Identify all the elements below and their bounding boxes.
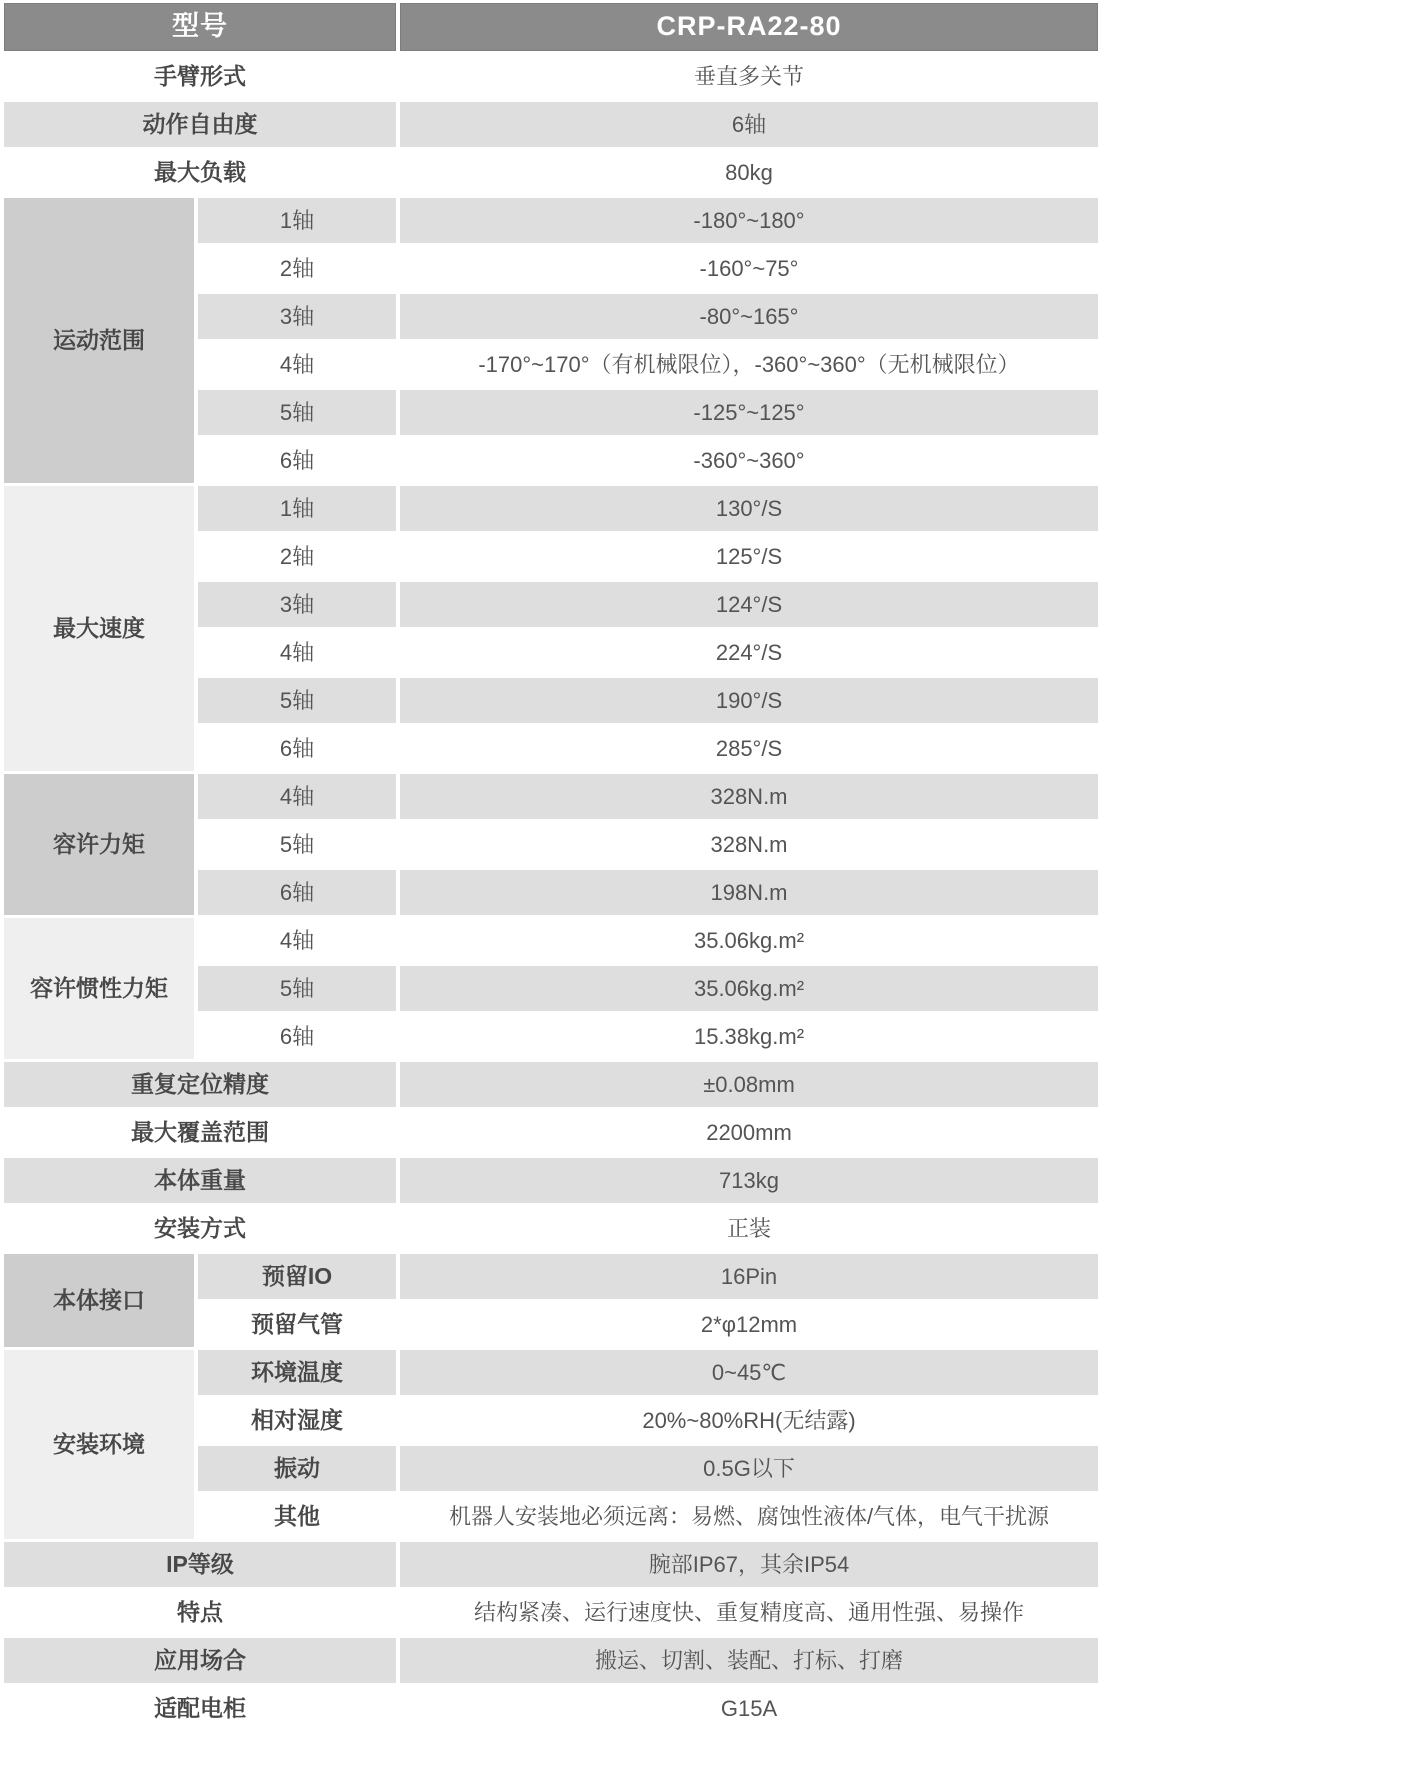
ip-rating-value-cell: 腕部IP67，其余IP54 bbox=[400, 1542, 1098, 1587]
cabinet-value-cell: G15A bbox=[400, 1686, 1098, 1731]
table-row: 本体重量 713kg bbox=[4, 1158, 1098, 1203]
inertia-group-cell: 容许惯性力矩 bbox=[4, 918, 194, 1059]
max-speed-axis-value: 124°/S bbox=[400, 582, 1098, 627]
environment-sub-value: 0~45℃ bbox=[400, 1350, 1098, 1395]
body-interface-sub-label: 预留气管 bbox=[198, 1302, 396, 1347]
applications-value-cell: 搬运、切割、装配、打标、打磨 bbox=[400, 1638, 1098, 1683]
table-row: 安装环境 环境温度 0~45℃ bbox=[4, 1350, 1098, 1395]
features-label-cell: 特点 bbox=[4, 1590, 396, 1635]
body-interface-sub-value: 16Pin bbox=[400, 1254, 1098, 1299]
environment-sub-label: 振动 bbox=[198, 1446, 396, 1491]
model-header-cell: 型号 bbox=[4, 3, 396, 51]
environment-group-cell: 安装环境 bbox=[4, 1350, 194, 1539]
environment-sub-value: 20%~80%RH(无结露) bbox=[400, 1398, 1098, 1443]
motion-range-axis-value: -180°~180° bbox=[400, 198, 1098, 243]
max-speed-group-cell: 最大速度 bbox=[4, 486, 194, 771]
motion-range-group-cell: 运动范围 bbox=[4, 198, 194, 483]
max-speed-axis-value: 224°/S bbox=[400, 630, 1098, 675]
body-interface-sub-label: 预留IO bbox=[198, 1254, 396, 1299]
table-row: 容许力矩 4轴 328N.m bbox=[4, 774, 1098, 819]
weight-value-cell: 713kg bbox=[400, 1158, 1098, 1203]
inertia-axis-label: 5轴 bbox=[198, 966, 396, 1011]
motion-range-axis-label: 6轴 bbox=[198, 438, 396, 483]
motion-range-axis-value: -160°~75° bbox=[400, 246, 1098, 291]
reach-value-cell: 2200mm bbox=[400, 1110, 1098, 1155]
repeatability-label-cell: 重复定位精度 bbox=[4, 1062, 396, 1107]
max-speed-axis-value: 190°/S bbox=[400, 678, 1098, 723]
dof-label-cell: 动作自由度 bbox=[4, 102, 396, 147]
mounting-label-cell: 安装方式 bbox=[4, 1206, 396, 1251]
max-speed-axis-value: 125°/S bbox=[400, 534, 1098, 579]
table-row: 运动范围 1轴 -180°~180° bbox=[4, 198, 1098, 243]
mounting-value-cell: 正装 bbox=[400, 1206, 1098, 1251]
inertia-axis-value: 35.06kg.m² bbox=[400, 918, 1098, 963]
table-row: 最大覆盖范围 2200mm bbox=[4, 1110, 1098, 1155]
header-row: 型号 CRP-RA22-80 bbox=[4, 3, 1098, 51]
table-row: 最大速度 1轴 130°/S bbox=[4, 486, 1098, 531]
reach-label-cell: 最大覆盖范围 bbox=[4, 1110, 396, 1155]
max-speed-axis-value: 130°/S bbox=[400, 486, 1098, 531]
table-row: 本体接口 预留IO 16Pin bbox=[4, 1254, 1098, 1299]
repeatability-value-cell: ±0.08mm bbox=[400, 1062, 1098, 1107]
body-interface-sub-value: 2*φ12mm bbox=[400, 1302, 1098, 1347]
spec-table: 型号 CRP-RA22-80 手臂形式 垂直多关节 动作自由度 6轴 最大负载 … bbox=[0, 0, 1102, 1734]
inertia-axis-value: 35.06kg.m² bbox=[400, 966, 1098, 1011]
page: 型号 CRP-RA22-80 手臂形式 垂直多关节 动作自由度 6轴 最大负载 … bbox=[0, 0, 1401, 1769]
arm-type-label-cell: 手臂形式 bbox=[4, 54, 396, 99]
motion-range-axis-label: 4轴 bbox=[198, 342, 396, 387]
dof-value-cell: 6轴 bbox=[400, 102, 1098, 147]
table-row: 动作自由度 6轴 bbox=[4, 102, 1098, 147]
motion-range-axis-value: -170°~170°（有机械限位），-360°~360°（无机械限位） bbox=[400, 342, 1098, 387]
table-row: 适配电柜 G15A bbox=[4, 1686, 1098, 1731]
table-row: 特点 结构紧凑、运行速度快、重复精度高、通用性强、易操作 bbox=[4, 1590, 1098, 1635]
cabinet-label-cell: 适配电柜 bbox=[4, 1686, 396, 1731]
environment-sub-value: 0.5G以下 bbox=[400, 1446, 1098, 1491]
table-row: 手臂形式 垂直多关节 bbox=[4, 54, 1098, 99]
max-speed-axis-label: 6轴 bbox=[198, 726, 396, 771]
environment-sub-label: 其他 bbox=[198, 1494, 396, 1539]
max-speed-axis-label: 5轴 bbox=[198, 678, 396, 723]
payload-label-cell: 最大负载 bbox=[4, 150, 396, 195]
max-speed-axis-value: 285°/S bbox=[400, 726, 1098, 771]
motion-range-axis-label: 2轴 bbox=[198, 246, 396, 291]
applications-label-cell: 应用场合 bbox=[4, 1638, 396, 1683]
model-value-cell: CRP-RA22-80 bbox=[400, 3, 1098, 51]
table-row: 应用场合 搬运、切割、装配、打标、打磨 bbox=[4, 1638, 1098, 1683]
table-row: IP等级 腕部IP67，其余IP54 bbox=[4, 1542, 1098, 1587]
max-speed-axis-label: 1轴 bbox=[198, 486, 396, 531]
torque-axis-label: 6轴 bbox=[198, 870, 396, 915]
table-row: 最大负载 80kg bbox=[4, 150, 1098, 195]
motion-range-axis-value: -80°~165° bbox=[400, 294, 1098, 339]
features-value-cell: 结构紧凑、运行速度快、重复精度高、通用性强、易操作 bbox=[400, 1590, 1098, 1635]
max-speed-axis-label: 4轴 bbox=[198, 630, 396, 675]
motion-range-axis-value: -360°~360° bbox=[400, 438, 1098, 483]
inertia-axis-label: 6轴 bbox=[198, 1014, 396, 1059]
table-row: 重复定位精度 ±0.08mm bbox=[4, 1062, 1098, 1107]
payload-value-cell: 80kg bbox=[400, 150, 1098, 195]
motion-range-axis-label: 1轴 bbox=[198, 198, 396, 243]
motion-range-axis-label: 3轴 bbox=[198, 294, 396, 339]
table-row: 容许惯性力矩 4轴 35.06kg.m² bbox=[4, 918, 1098, 963]
environment-sub-label: 环境温度 bbox=[198, 1350, 396, 1395]
environment-sub-value: 机器人安装地必须远离：易燃、腐蚀性液体/气体，电气干扰源 bbox=[400, 1494, 1098, 1539]
torque-axis-label: 4轴 bbox=[198, 774, 396, 819]
torque-axis-label: 5轴 bbox=[198, 822, 396, 867]
arm-type-value-cell: 垂直多关节 bbox=[400, 54, 1098, 99]
inertia-axis-value: 15.38kg.m² bbox=[400, 1014, 1098, 1059]
torque-axis-value: 198N.m bbox=[400, 870, 1098, 915]
environment-sub-label: 相对湿度 bbox=[198, 1398, 396, 1443]
weight-label-cell: 本体重量 bbox=[4, 1158, 396, 1203]
table-row: 安装方式 正装 bbox=[4, 1206, 1098, 1251]
body-interface-group-cell: 本体接口 bbox=[4, 1254, 194, 1347]
max-speed-axis-label: 2轴 bbox=[198, 534, 396, 579]
torque-group-cell: 容许力矩 bbox=[4, 774, 194, 915]
ip-rating-label-cell: IP等级 bbox=[4, 1542, 396, 1587]
inertia-axis-label: 4轴 bbox=[198, 918, 396, 963]
max-speed-axis-label: 3轴 bbox=[198, 582, 396, 627]
torque-axis-value: 328N.m bbox=[400, 774, 1098, 819]
motion-range-axis-label: 5轴 bbox=[198, 390, 396, 435]
motion-range-axis-value: -125°~125° bbox=[400, 390, 1098, 435]
torque-axis-value: 328N.m bbox=[400, 822, 1098, 867]
